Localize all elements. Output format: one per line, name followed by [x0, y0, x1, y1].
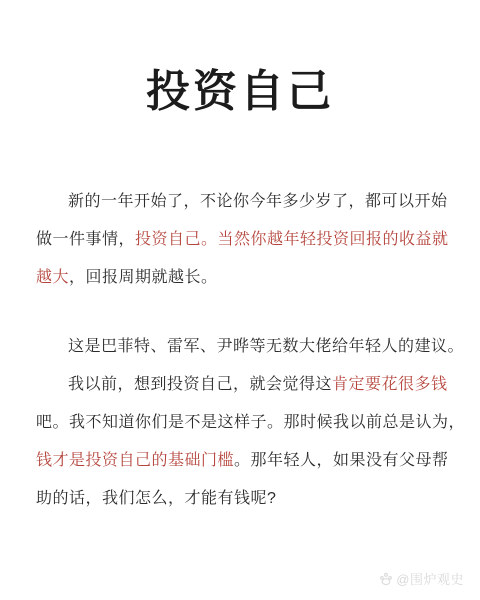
watermark-handle: @围炉观史 — [396, 569, 464, 588]
text-line: 新的一年开始了，不论你今年多少岁了，都可以开始 — [36, 183, 444, 221]
text-segment: ，回报周期就越长。 — [69, 269, 218, 286]
text-line: 越大，回报周期就越长。 — [36, 259, 444, 297]
text-line: 助的话，我们怎么，才能有钱呢? — [36, 480, 444, 518]
text-segment: 肯定要花很多钱 — [332, 376, 448, 393]
text-segment: 做一件事情， — [36, 231, 135, 248]
article-body: 新的一年开始了，不论你今年多少岁了，都可以开始做一件事情，投资自己。当然你越年轻… — [36, 183, 444, 518]
text-segment: 这是巴菲特、雷军、尹晔等无数大佬给年轻人的建议。 — [68, 338, 464, 355]
text-line: 我以前，想到投资自己，就会觉得这肯定要花很多钱 — [36, 366, 444, 404]
paragraph: 这是巴菲特、雷军、尹晔等无数大佬给年轻人的建议。 — [36, 328, 444, 366]
text-line: 这是巴菲特、雷军、尹晔等无数大佬给年轻人的建议。 — [36, 328, 444, 366]
text-segment: 我以前，想到投资自己，就会觉得这 — [68, 376, 332, 393]
text-line: 钱才是投资自己的基础门槛。那年轻人，如果没有父母帮 — [36, 442, 444, 480]
watermark: @围炉观史 — [379, 569, 464, 588]
text-line: 做一件事情，投资自己。当然你越年轻投资回报的收益就 — [36, 221, 444, 259]
paragraph: 新的一年开始了，不论你今年多少岁了，都可以开始做一件事情，投资自己。当然你越年轻… — [36, 183, 444, 297]
text-segment: 吧。我不知道你们是不是这样子。那时候我以前总是认为， — [36, 414, 465, 431]
text-segment: 。那年轻人，如果没有父母帮 — [234, 452, 449, 469]
text-segment: 投资自己。当然你越年轻投资回报的收益就 — [135, 231, 449, 248]
article-title: 投资自己 — [0, 66, 480, 118]
text-line: 吧。我不知道你们是不是这样子。那时候我以前总是认为， — [36, 404, 444, 442]
text-segment: 助的话，我们怎么，才能有钱呢? — [36, 490, 276, 507]
page-root: 投资自己 新的一年开始了，不论你今年多少岁了，都可以开始做一件事情，投资自己。当… — [0, 0, 480, 600]
text-segment: 越大 — [36, 269, 69, 286]
baidu-paw-icon — [379, 572, 393, 586]
paragraph: 我以前，想到投资自己，就会觉得这肯定要花很多钱吧。我不知道你们是不是这样子。那时… — [36, 366, 444, 518]
text-segment: 钱才是投资自己的基础门槛 — [36, 452, 234, 469]
text-segment: 新的一年开始了，不论你今年多少岁了，都可以开始 — [68, 193, 448, 210]
